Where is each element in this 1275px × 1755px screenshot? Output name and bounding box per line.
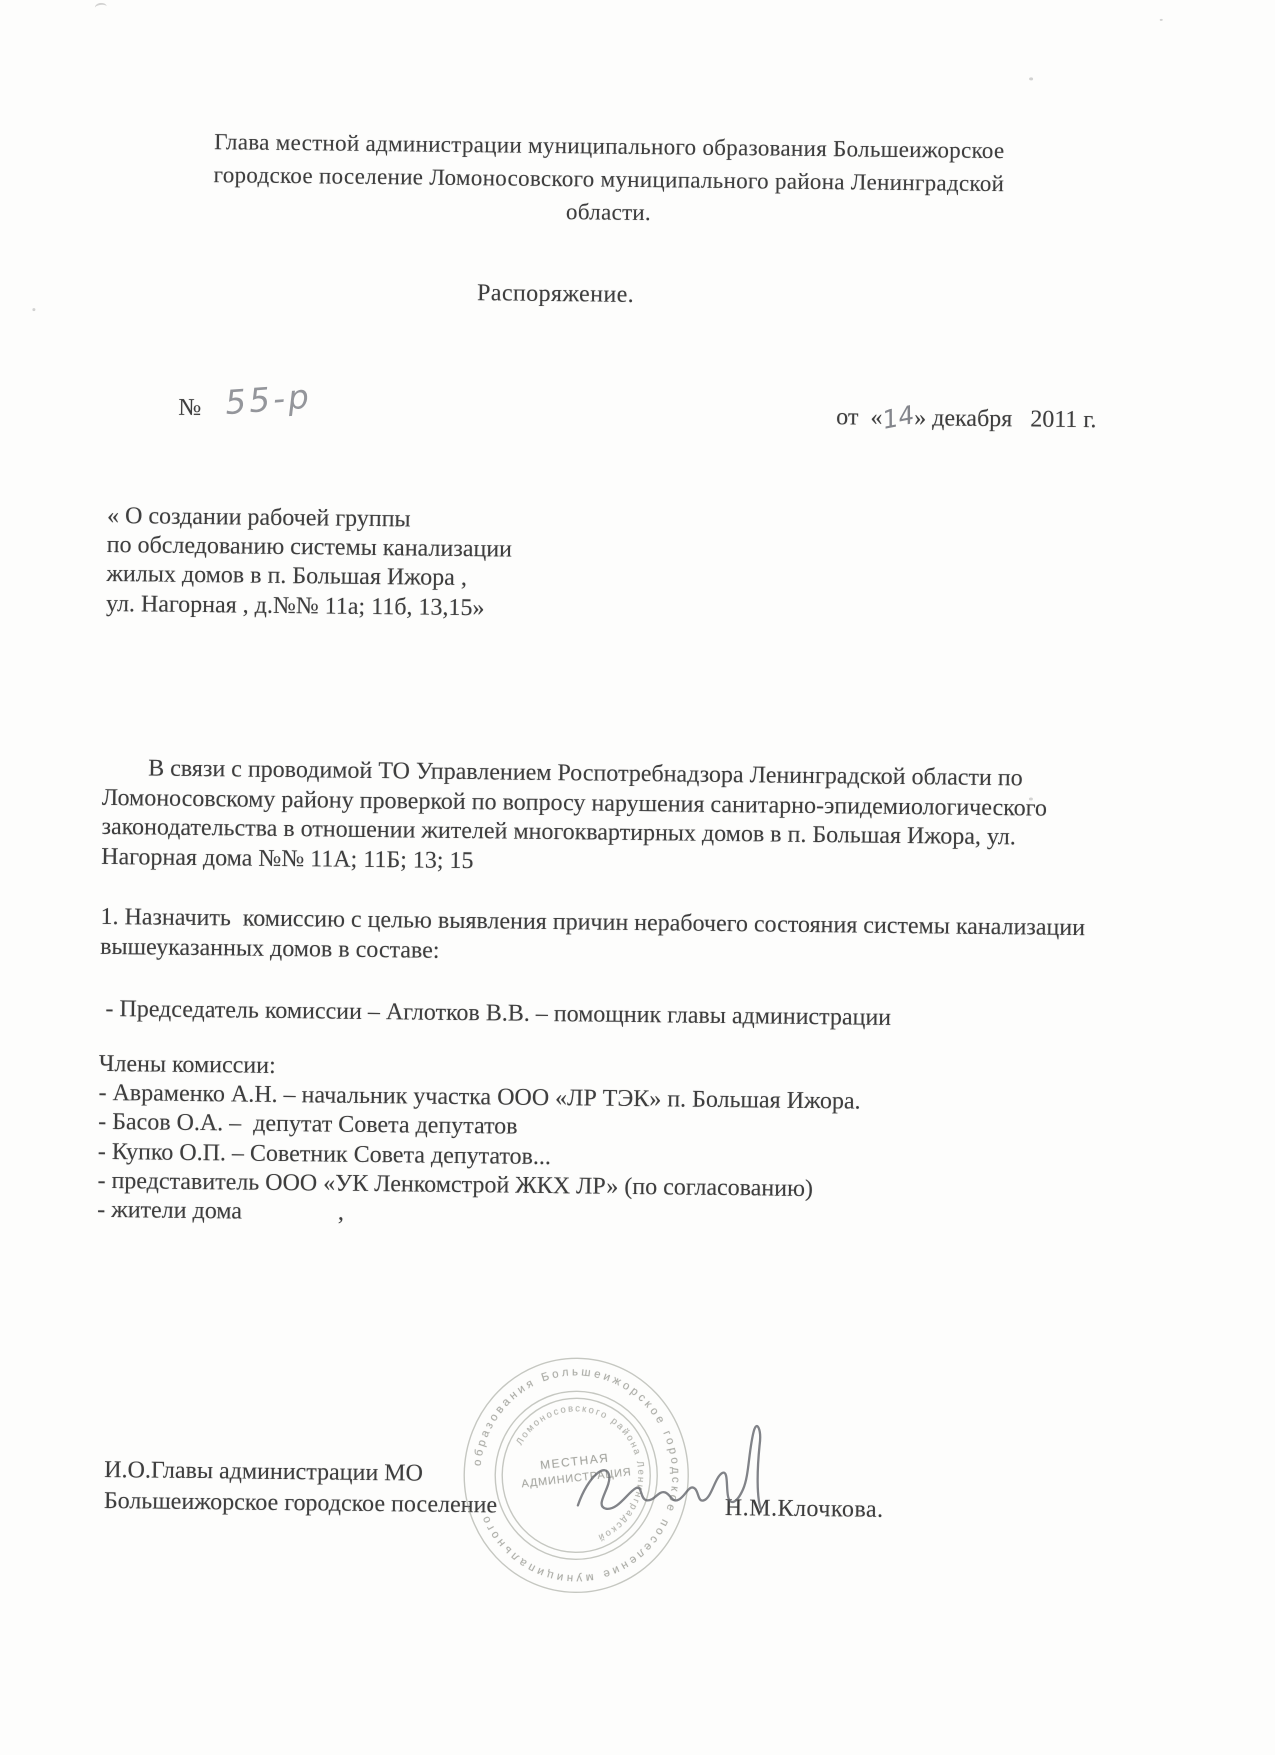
handwritten-day: 14	[880, 400, 917, 435]
number-label: №	[178, 395, 201, 421]
subject-line: по обследованию системы канализации	[107, 531, 513, 565]
order-item-1: 1. Назначить комиссию с целью выявления …	[100, 902, 1085, 973]
scanned-document-page: Глава местной администрации муниципально…	[0, 0, 1275, 1755]
commission-members-block: Члены комиссии: - Авраменко А.Н. – начал…	[97, 1050, 861, 1234]
scan-speck	[1029, 77, 1033, 80]
subject-line: ул. Нагорная , д.№№ 11а; 11б, 13,15»	[106, 590, 512, 624]
signature-autograph	[531, 1407, 763, 1560]
signatory-position-line: Большеижорское городское поселение	[104, 1485, 498, 1520]
date-suffix: » декабря 2011 г.	[914, 405, 1097, 433]
document-content: Глава местной администрации муниципально…	[0, 0, 1275, 1755]
document-date-line: от «14» декабря 2011 г.	[800, 374, 1097, 461]
scan-speck	[94, 2, 107, 12]
subject-line: жилых домов в п. Большая Ижора ,	[106, 560, 512, 594]
signatory-position-line: И.О.Главы администрации МО	[104, 1455, 498, 1490]
scan-speck	[1160, 19, 1163, 21]
chairman-line: - Председатель комиссии – Аглотков В.В. …	[99, 996, 891, 1032]
handwritten-number: 55-р	[224, 377, 314, 422]
document-header: Глава местной администрации муниципально…	[178, 125, 1039, 234]
signature-stroke	[578, 1424, 763, 1511]
subject-line: « О создании рабочей группы	[107, 502, 513, 536]
scan-speck	[32, 308, 35, 311]
date-prefix: от «	[836, 404, 882, 431]
subject-block: « О создании рабочей группы по обследова…	[106, 502, 513, 623]
scan-speck	[1029, 797, 1033, 800]
document-number-line: №55-р	[142, 356, 313, 451]
intro-paragraph: В связи с проводимой ТО Управлением Росп…	[101, 754, 1047, 883]
signatory-position-block: И.О.Главы администрации МО Большеижорско…	[104, 1455, 498, 1520]
document-type-title: Распоряжение.	[5, 275, 1105, 314]
